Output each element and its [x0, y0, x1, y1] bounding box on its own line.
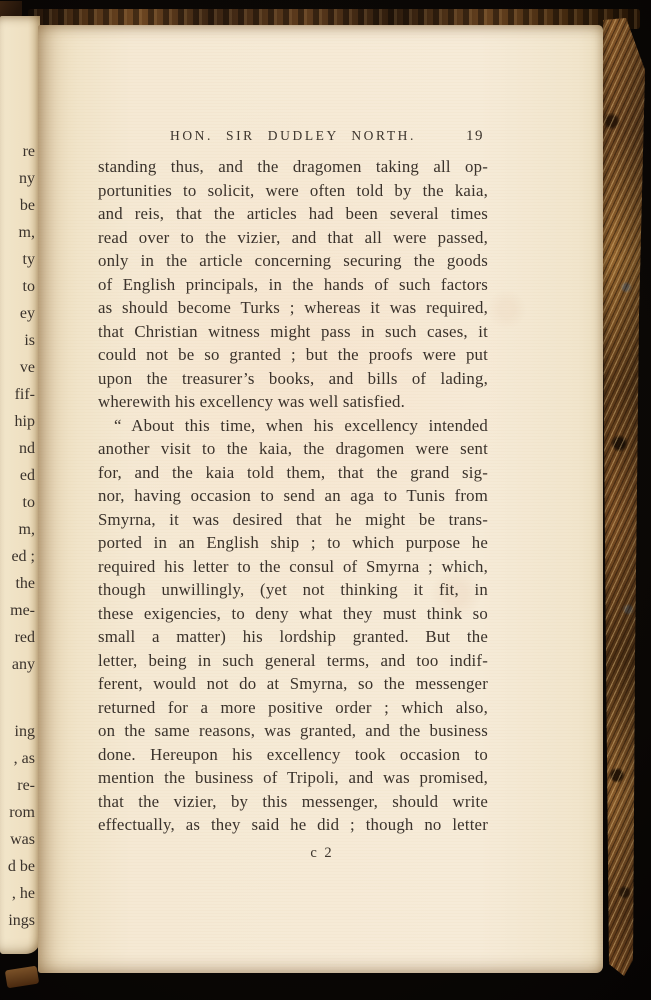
- line-fragment: m,: [0, 219, 40, 246]
- line-fragment: re-: [0, 772, 40, 799]
- text-line: ferent, would not do at Smyrna, so the m…: [98, 672, 488, 696]
- text-line: nor, having occasion to send an aga to T…: [98, 484, 488, 508]
- text-line: “ About this time, when his excellency i…: [98, 414, 488, 438]
- text-line: and reis, that the articles had been sev…: [98, 202, 488, 226]
- line-fragment: , he: [0, 880, 40, 907]
- text-line: for, and the kaia told them, that the gr…: [98, 461, 488, 485]
- line-fragment: nd: [0, 435, 40, 462]
- line-fragment: any: [0, 651, 40, 678]
- line-fragment: ey: [0, 300, 40, 327]
- text-line: mention the business of Tripoli, and was…: [98, 766, 488, 790]
- line-fragment: re: [0, 138, 40, 165]
- text-line: small a matter) his lordship granted. Bu…: [98, 625, 488, 649]
- line-fragment: hip: [0, 408, 40, 435]
- marbled-fore-edge: [596, 14, 648, 990]
- line-fragment: fif-: [0, 381, 40, 408]
- text-line: that Christian witness might pass in suc…: [98, 320, 488, 344]
- text-line: upon the treasurer’s books, and bills of…: [98, 367, 488, 391]
- line-fragment: ed ;: [0, 543, 40, 570]
- running-title: HON. SIR DUDLEY NORTH.: [98, 128, 488, 144]
- line-fragment: rom: [0, 799, 40, 826]
- board-bottom-corner: [5, 966, 39, 989]
- line-fragment: ve: [0, 354, 40, 381]
- body-text: standing thus, and the dragomen taking a…: [98, 155, 488, 837]
- text-line: wherewith his excellency was well satisf…: [98, 390, 488, 414]
- text-line: of English principals, in the hands of s…: [98, 273, 488, 297]
- text-line: effectually, as they said he did ; thoug…: [98, 813, 488, 837]
- line-fragment: ing: [0, 718, 40, 745]
- running-header: HON. SIR DUDLEY NORTH. 19: [98, 128, 488, 148]
- line-fragment: m,: [0, 516, 40, 543]
- text-line: letter, being in such general terms, and…: [98, 649, 488, 673]
- line-fragment: ty: [0, 246, 40, 273]
- text-line: required his letter to the consul of Smy…: [98, 555, 488, 579]
- text-line: on the same reasons, was granted, and th…: [98, 719, 488, 743]
- line-fragment: the: [0, 570, 40, 597]
- page-number: 19: [466, 128, 484, 145]
- line-fragment: me-: [0, 597, 40, 624]
- text-line: ported in an English ship ; to which pur…: [98, 531, 488, 555]
- text-line: only in the article concerning securing …: [98, 249, 488, 273]
- text-line: portunities to solicit, were often told …: [98, 179, 488, 203]
- line-fragment: red: [0, 624, 40, 651]
- text-line: though unwillingly, (yet not thinking it…: [98, 578, 488, 602]
- line-fragment: , as: [0, 745, 40, 772]
- text-line: another visit to the kaia, the dragomen …: [98, 437, 488, 461]
- line-fragment: was: [0, 826, 40, 853]
- signature-mark: c 2: [98, 843, 488, 863]
- text-line: returned for a more positive order ; whi…: [98, 696, 488, 720]
- text-line: that the vizier, by this messenger, shou…: [98, 790, 488, 814]
- line-fragment: ings: [0, 907, 40, 934]
- line-fragment: to: [0, 489, 40, 516]
- line-fragment: ed: [0, 462, 40, 489]
- text-line: read over to the vizier, and that all we…: [98, 226, 488, 250]
- text-line: as should become Turks ; whereas it was …: [98, 296, 488, 320]
- text-line: done. Hereupon his excellency took occas…: [98, 743, 488, 767]
- line-fragment: d be: [0, 853, 40, 880]
- text-line: could not be so granted ; but the proofs…: [98, 343, 488, 367]
- line-fragment: be: [0, 192, 40, 219]
- book-page: HON. SIR DUDLEY NORTH. 19 standing thus,…: [38, 25, 603, 973]
- line-fragment: ny: [0, 165, 40, 192]
- facing-page-edge: re ny be m, ty to ey is ve fif- hip nd e…: [0, 16, 40, 954]
- text-line: standing thus, and the dragomen taking a…: [98, 155, 488, 179]
- line-fragment: to: [0, 273, 40, 300]
- line-fragment: is: [0, 327, 40, 354]
- book-photo: re ny be m, ty to ey is ve fif- hip nd e…: [0, 0, 651, 1000]
- text-line: Smyrna, it was desired that he might be …: [98, 508, 488, 532]
- text-line: these exigencies, to deny what they must…: [98, 602, 488, 626]
- facing-page-line-fragments: re ny be m, ty to ey is ve fif- hip nd e…: [0, 138, 40, 934]
